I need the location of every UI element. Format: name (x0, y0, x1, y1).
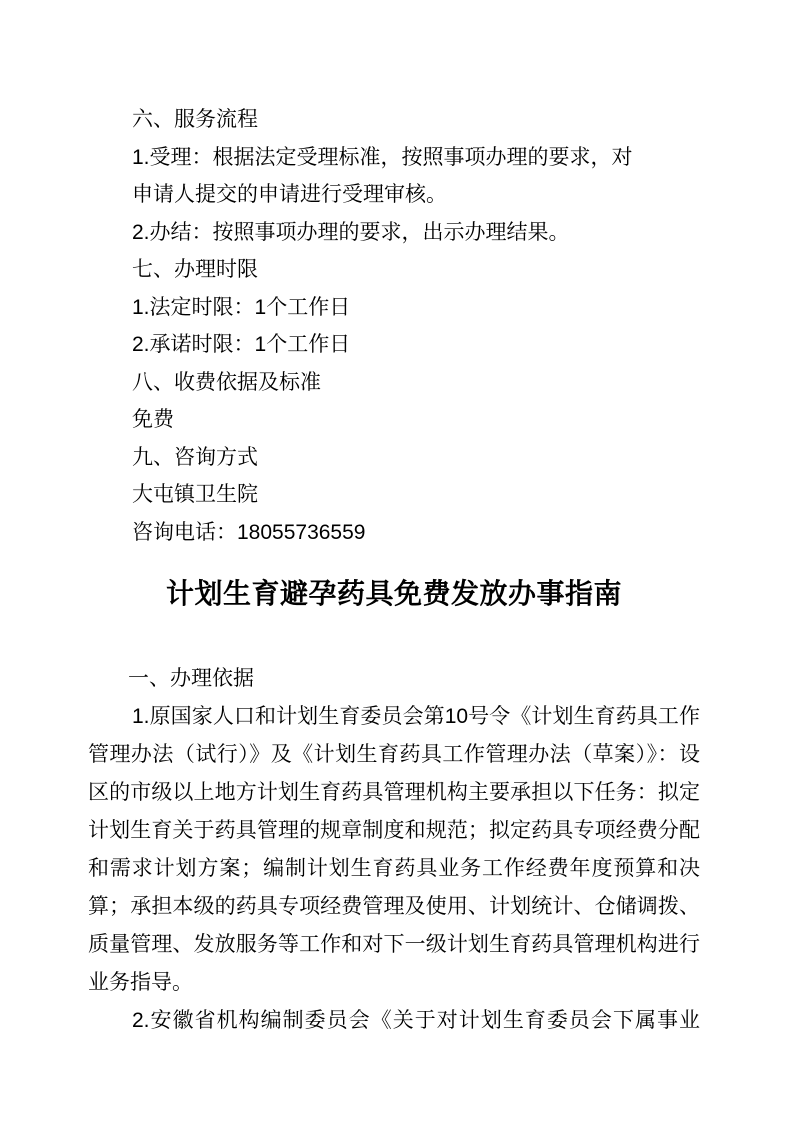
heading-service-process: 六、服务流程 (132, 101, 652, 139)
fees-value: 免费 (132, 401, 652, 439)
heading-time-limit: 七、办理时限 (132, 251, 652, 289)
consultation-org: 大屯镇卫生院 (132, 476, 652, 514)
time-limit-legal: 1.法定时限：1个工作日 (132, 289, 652, 327)
document-page: 六、服务流程 1.受理：根据法定受理标准，按照事项办理的要求，对申请人提交的申请… (0, 0, 793, 1122)
service-process-step-accept: 1.受理：根据法定受理标准，按照事项办理的要求，对申请人提交的申请进行受理审核。 (132, 139, 652, 214)
heading-basis: 一、办理依据 (88, 660, 700, 698)
consultation-phone: 咨询电话：18055736559 (132, 514, 652, 552)
heading-consultation: 九、咨询方式 (132, 439, 652, 477)
guide-title: 计划生育避孕药具免费发放办事指南 (88, 568, 700, 620)
basis-item-1: 1.原国家人口和计划生育委员会第10号令《计划生育药具工作管理办法（试行）》及《… (88, 698, 700, 1002)
service-process-step-complete: 2.办结：按照事项办理的要求，出示办理结果。 (132, 214, 652, 252)
heading-fees: 八、收费依据及标准 (132, 364, 652, 402)
previous-guide-tail: 六、服务流程 1.受理：根据法定受理标准，按照事项办理的要求，对申请人提交的申请… (132, 0, 652, 551)
time-limit-promised: 2.承诺时限：1个工作日 (132, 326, 652, 364)
guide-body: 一、办理依据 1.原国家人口和计划生育委员会第10号令《计划生育药具工作管理办法… (88, 660, 700, 1040)
basis-item-2: 2.安徽省机构编制委员会《关于对计划生育委员会下属事业 (88, 1002, 700, 1040)
